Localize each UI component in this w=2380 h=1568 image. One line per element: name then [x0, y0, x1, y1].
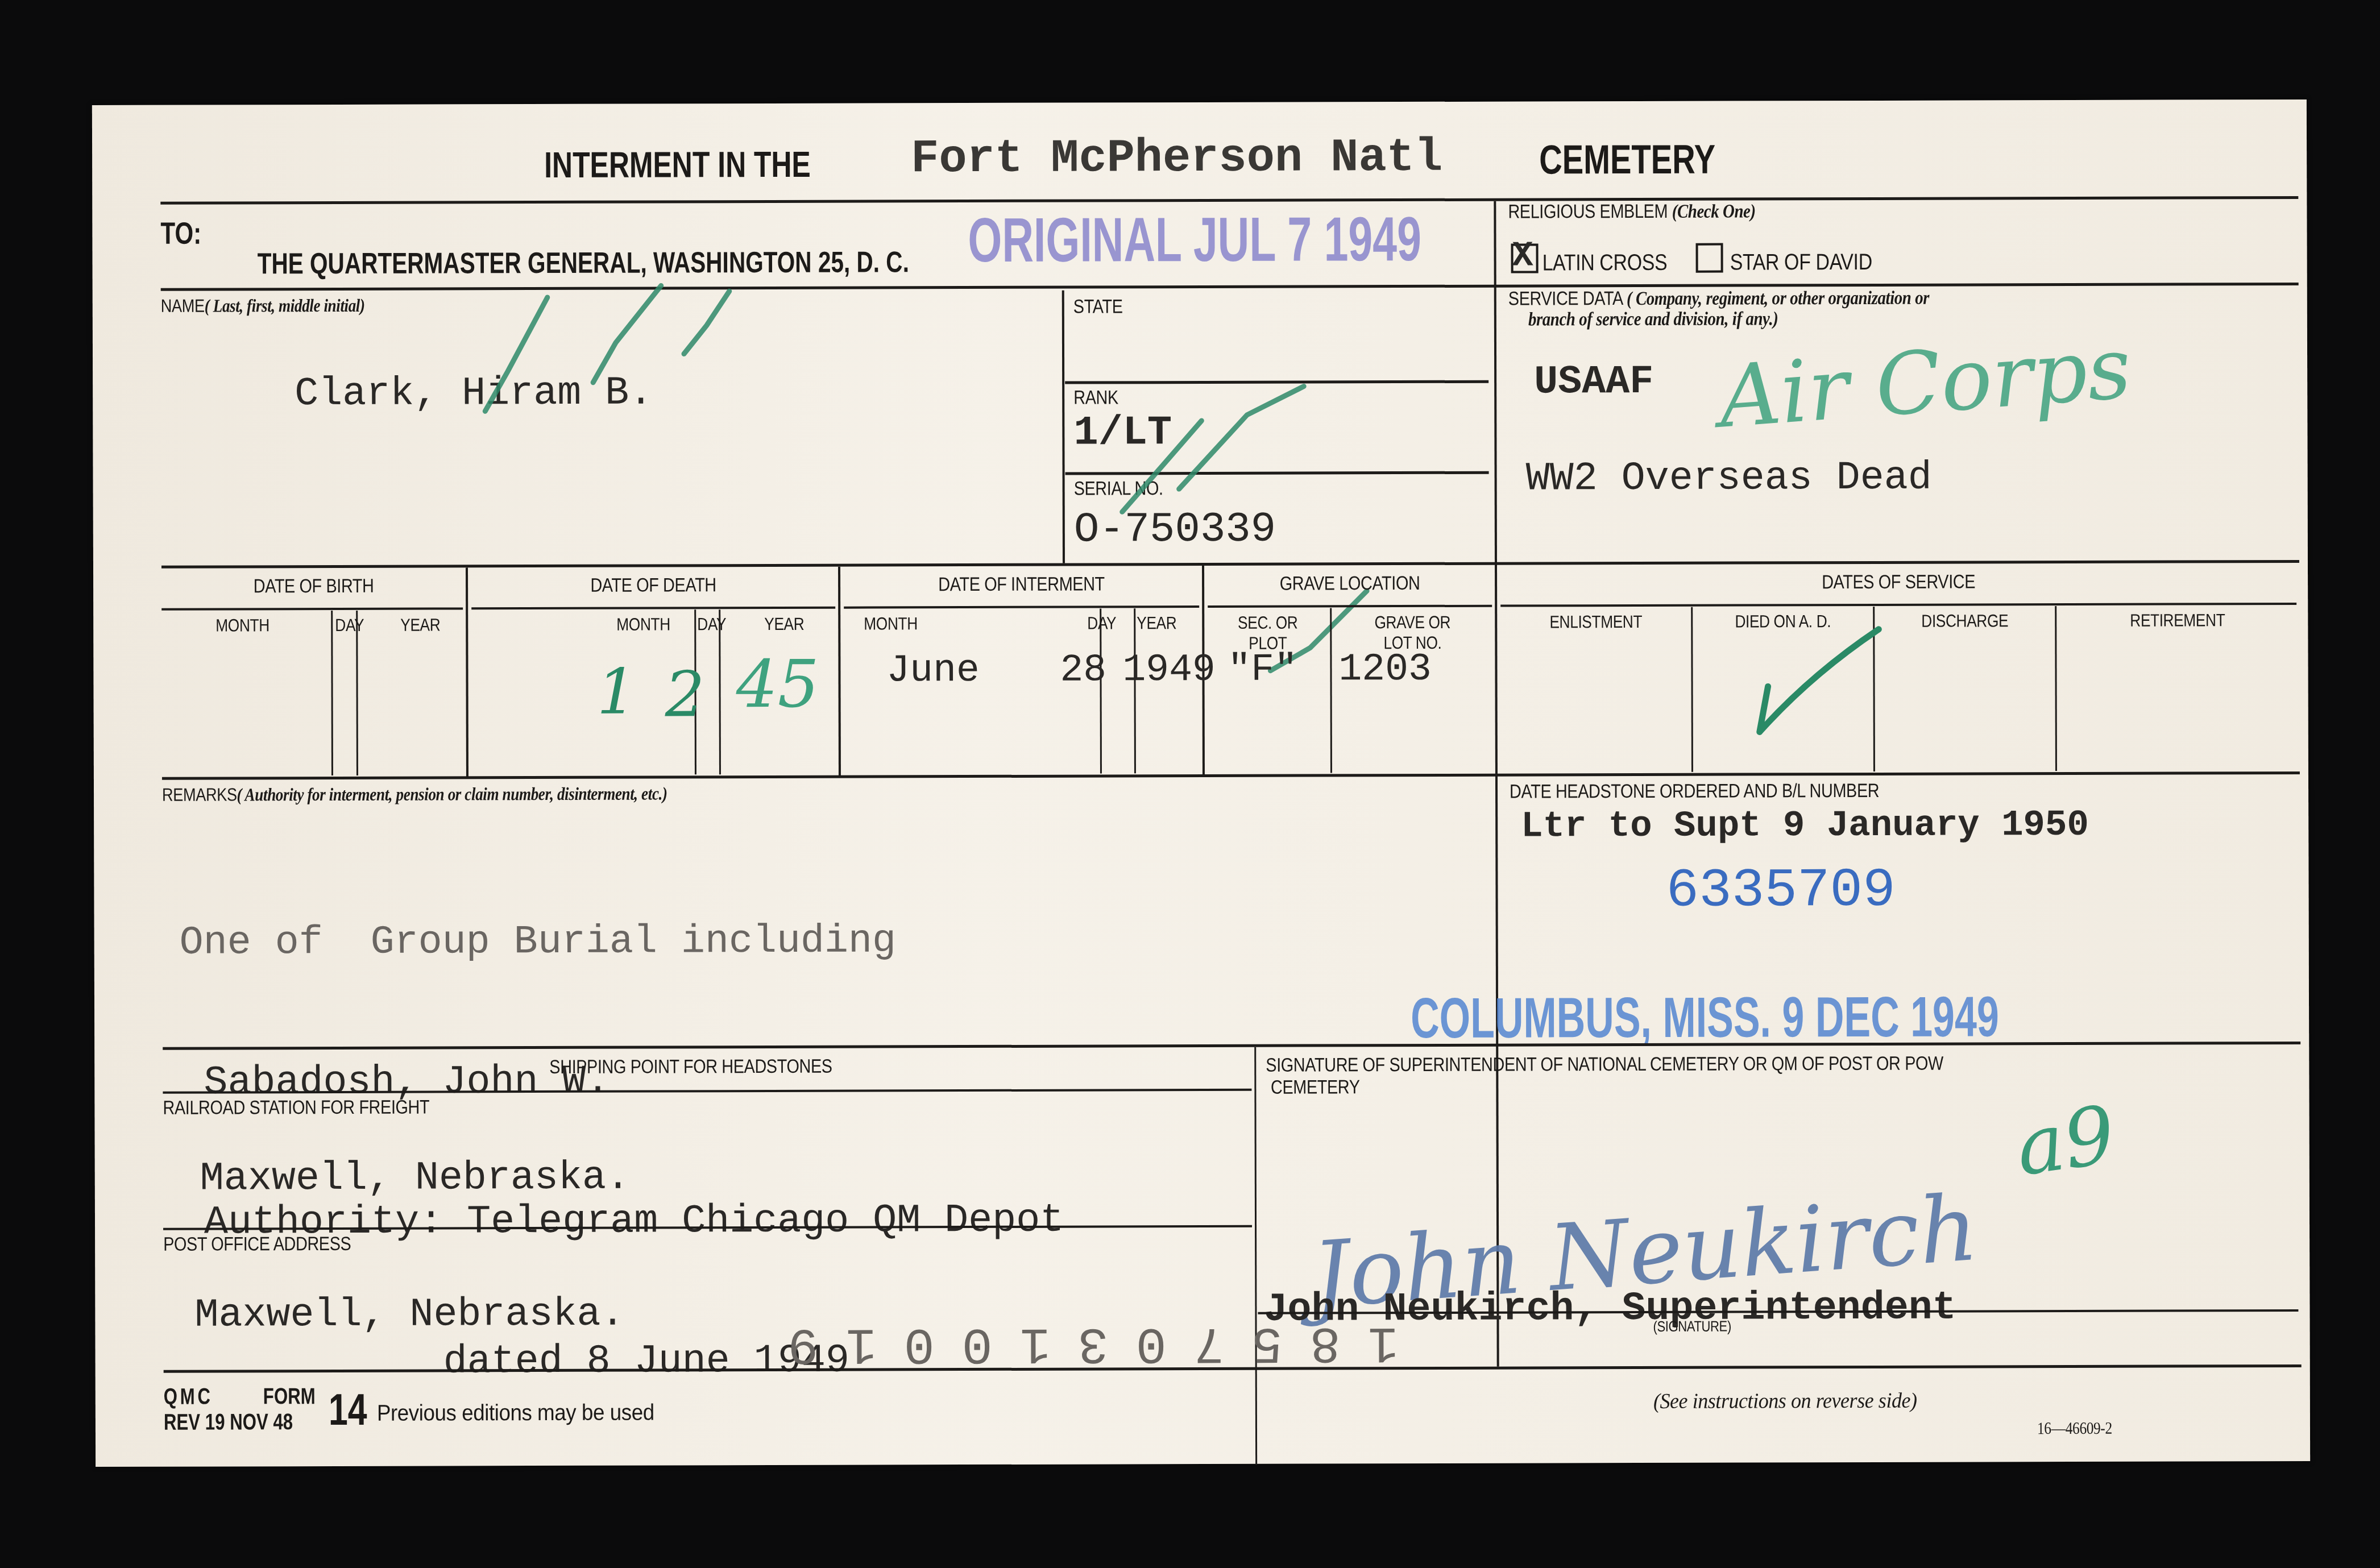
service-value-line1: USAAF — [1534, 360, 1653, 405]
divider — [1208, 605, 1492, 608]
railroad-value: Maxwell, Nebraska. — [200, 1156, 630, 1202]
latin-cross-checkbox[interactable]: X — [1511, 243, 1539, 273]
service-data-hint: branch of service and division, if any.) — [1528, 308, 1778, 330]
star-of-david-label: STAR OF DAVID — [1730, 250, 1872, 276]
to-label: TO: — [160, 216, 201, 251]
form-number: 14 — [329, 1384, 367, 1436]
divider — [1691, 607, 1693, 772]
dod-day-value: 2 — [665, 658, 704, 731]
dod-day-label: DAY — [697, 614, 726, 634]
revision-label: REV 19 NOV 48 — [164, 1409, 293, 1436]
remarks-text: One of Group Burial including Sabadosh, … — [179, 825, 1064, 1480]
cemetery-name: Fort McPherson Natl — [911, 131, 1442, 185]
dod-month-value: 1 — [596, 656, 636, 728]
interment-card: INTERMENT IN THE Fort McPherson Natl CEM… — [92, 99, 2310, 1467]
upside-down-number: 18570310019 — [760, 1313, 1398, 1372]
latin-cross-label: LATIN CROSS — [1543, 250, 1668, 276]
doi-day-label: DAY — [1087, 613, 1116, 633]
date-of-interment-label: DATE OF INTERMENT — [868, 573, 1175, 596]
service-data-label: SERVICE DATA ( Company, regiment, or oth… — [1508, 287, 1929, 310]
religious-emblem-label: RELIGIOUS EMBLEM (Check One) — [1508, 200, 1755, 223]
bl-number: 6335709 — [1666, 860, 1896, 922]
name-label: NAME( Last, first, middle initial) — [161, 295, 365, 317]
post-office-label: POST OFFICE ADDRESS — [163, 1233, 351, 1256]
shipping-label: SHIPPING POINT FOR HEADSTONES — [549, 1056, 832, 1078]
gpo-code: 16—46609-2 — [2037, 1419, 2112, 1438]
instructions-note: (See instructions on reverse side) — [1653, 1388, 1917, 1414]
died-on-ad-check-icon — [1742, 612, 1913, 783]
service-value-line2: WW2 Overseas Dead — [1525, 456, 1931, 502]
signature-caption: (SIGNATURE) — [1653, 1318, 1731, 1335]
date-of-death-label: DATE OF DEATH — [496, 574, 811, 597]
date-of-birth-label: DATE OF BIRTH — [184, 575, 443, 598]
sec-plot-value: "F" — [1228, 648, 1297, 692]
doi-year-label: YEAR — [1137, 613, 1176, 633]
dob-month-label: MONTH — [215, 615, 269, 636]
grave-location-label: GRAVE LOCATION — [1226, 573, 1473, 595]
doi-year-value: 1949 — [1122, 648, 1215, 692]
dod-year-value: 45 — [736, 646, 819, 723]
enlistment-label: ENLISTMENT — [1515, 612, 1677, 633]
dod-month-label: MONTH — [616, 614, 670, 634]
title-suffix: CEMETERY — [1539, 136, 1715, 184]
received-stamp: ORIGINAL JUL 7 1949 — [968, 203, 1421, 276]
grave-lot-value: 1203 — [1338, 648, 1431, 691]
doi-day-value: 28 — [1060, 648, 1106, 692]
postmark-stamp: COLUMBUS, MISS. 9 DEC 1949 — [1411, 984, 1999, 1051]
headstone-value: Ltr to Supt 9 January 1950 — [1521, 805, 2089, 848]
dob-day-label: DAY — [335, 615, 364, 636]
post-office-value: Maxwell, Nebraska. — [194, 1292, 624, 1338]
doi-month-label: MONTH — [864, 613, 918, 634]
divider — [1500, 603, 2296, 607]
dob-year-label: YEAR — [400, 615, 440, 636]
handwritten-air-corps: Air Corps — [1716, 319, 2134, 447]
qmc-label: QMC — [164, 1384, 213, 1410]
signature-label: SIGNATURE OF SUPERINTENDENT OF NATIONAL … — [1266, 1053, 1943, 1099]
title-prefix: INTERMENT IN THE — [544, 143, 811, 186]
divider — [2055, 606, 2057, 771]
dod-year-label: YEAR — [764, 614, 804, 634]
doi-month-value: June — [886, 649, 979, 692]
x-check-icon: X — [1512, 235, 1533, 276]
headstone-label: DATE HEADSTONE ORDERED AND B/L NUMBER — [1510, 780, 1879, 803]
previous-editions-note: Previous editions may be used — [377, 1400, 654, 1426]
divider — [1494, 201, 1499, 1367]
handwritten-initials: a9 — [2010, 1089, 2121, 1194]
star-of-david-checkbox[interactable] — [1696, 243, 1723, 273]
divider — [162, 771, 2300, 780]
form-label: FORM — [263, 1384, 316, 1409]
remarks-label: REMARKS( Authority for interment, pensio… — [162, 783, 667, 805]
retirement-label: RETIREMENT — [2075, 610, 2280, 631]
dates-of-service-label: DATES OF SERVICE — [1558, 570, 2240, 594]
divider — [1254, 1047, 1257, 1465]
divider — [331, 611, 333, 775]
railroad-label: RAILROAD STATION FOR FREIGHT — [163, 1097, 429, 1119]
